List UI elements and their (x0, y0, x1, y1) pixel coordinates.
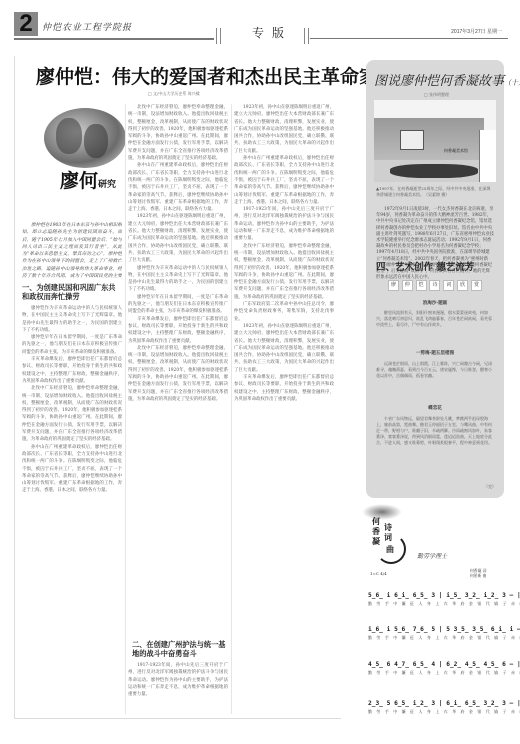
sidebar-credit: □ 张伟明整理 (424, 92, 449, 98)
photo-caption: ▲1997年，在何香凝逝世25周年之际，经中共中央批准，在深圳华侨城建立何香凝美… (376, 186, 494, 198)
article-headline: 廖仲恺：伟大的爱国者和杰出民主革命家（上） (36, 62, 402, 89)
score-notes: 4̲5̲ 6 4̲7̲ 6̲5̲ 4 | 6̲2̲ 4̲5̲ 4̲5̲ 6 – … (368, 661, 520, 668)
score-notes: 2̲3̲ 5 6̲5̲ i̲2̲ 3 | 6̲i̲ 6̲5̲ 3̲2̲ 3 – … (368, 700, 520, 707)
score-lyrics: 勤 劳 手 中 镰 征 人 身 上 衣 华 府 金 银 代 输 子 赤 纸 风 (368, 601, 520, 607)
score-lyrics: 勤 劳 手 中 镰 征 人 身 上 衣 华 府 金 银 代 输 子 赤 纸 风 (368, 709, 520, 715)
poem-body: 醉里风流别有天，斜阳什窗来漫漫，烟水蒙蒙迷故苑，何如兴，落花啼尽初思归，欲乱飞鸿… (376, 310, 494, 328)
article-column-1: 廖仲恺作为辛亥革命运动中的人与民权统领人物，在中国民主主义革命史上写下了光辉篇章… (22, 305, 122, 713)
section-label: 专版 (252, 24, 292, 41)
sidebar-title: 图说廖仲恺何香凝故事（十九） (374, 70, 520, 89)
masthead: 2 仲恺农业工程学院报 专版 2017年3月27日 星期一 (14, 10, 508, 44)
portrait-face-icon (84, 124, 108, 158)
article-column-3: 1923年初，孙中山在驱逐陈炯明后重返广州，建立大元帅府，廖仲恺出任大本营财政部… (234, 104, 334, 714)
brush-circle-icon (376, 534, 406, 564)
poem-title: 一剪梅·题五层楼图 (366, 350, 504, 356)
column-divider (231, 104, 232, 714)
issue-date: 2017年3月27日 星期一 (451, 28, 502, 35)
poem-banner: 廖 仲 恺 诗 词 欣 赏 (388, 280, 482, 291)
sidebar-story-box: 图说廖仲恺何香凝故事（十九） □ 张伟明整理 何香凝美术馆 ▲1997年，在何香… (366, 60, 504, 498)
poem-title: 蝶恋花 (366, 405, 504, 411)
article-lead: 廖仲恺在1903年在日本东京与孙中山相识相知，即立志追随孙先生为创建民国而奋斗。… (22, 222, 122, 278)
score-notes: 5̲6̲ i 6̲i̲ 6̲5̲ 3 | i̲5̲ 3̲2̲ i̲2̲ 3 – … (368, 592, 520, 599)
masthead-divider (304, 28, 309, 44)
building-image: 何香凝美术馆 (374, 118, 484, 160)
hedge-image (390, 164, 478, 178)
song-credits: 何香凝 词 何景新 曲 (470, 568, 486, 578)
byline: □ 文/中山大学历史系 周兴樑 (148, 91, 200, 97)
song-column-logo: 何 香 凝 诗 词 曲 (362, 504, 408, 562)
poem-body: 远洞苍茫烟雨，山上烟霞，江上雾阵，兴亡闲趣古今闲，兄闭难寻，魂魄萧瑟，看到古今百… (376, 361, 494, 379)
article-column-2: 北伐中广东经济窘迫，廖仲恺奉命整理金融，统一币制，设法增加财政收入。他提出收回盐… (128, 104, 228, 634)
section-heading: 二、在创建广州护法与统一基地的战斗中奋勇奋斗 (132, 640, 232, 658)
masthead-divider (216, 28, 221, 44)
score-line: i̲6̲ i 5̲6̲ 7̲6̲ 5 | 5 3̲5̲ 3̲5̲ 6̲i̲ i … (368, 626, 520, 641)
end-mark: （完） (484, 484, 496, 490)
museum-photo: 何香凝美术馆 (374, 100, 496, 182)
article-column-2-bottom: 1917-1923年间，孙中山先后三度开府于广州，进行反对北洋军阀独裁统治的护法… (128, 662, 228, 714)
score-lyrics: 勤 劳 手 中 镰 征 人 身 上 衣 华 府 金 银 代 输 子 赤 纸 风 (368, 670, 520, 676)
plum-blossom-icon (362, 504, 402, 520)
headline-text: 廖仲恺：伟大的爱国者和杰出民主革命家 (36, 66, 378, 88)
score-notes: i̲6̲ i 5̲6̲ 7̲6̲ 5 | 5 3̲5̲ 3̲5̲ 6̲i̲ i … (368, 626, 520, 633)
poem-body: 乍省广东风物远，隔望君舞茶阶处几眺，梦跳两乎祖母殷海上，廊前高第，霓曲舞。酪君玉… (376, 416, 494, 446)
poem-title: 浪淘沙·题画 (366, 300, 504, 306)
page-number: 2 (14, 12, 38, 36)
paper-name: 仲恺农业工程学院报 (42, 20, 132, 33)
song-tempo: 1=C 4/4 (370, 571, 387, 576)
score-lyrics: 勤 劳 手 中 镰 征 人 身 上 衣 华 府 金 银 代 输 子 赤 纸 风 (368, 635, 520, 641)
masthead-rule-left (14, 38, 214, 40)
score-line: 5̲6̲ i 6̲i̲ 6̲5̲ 3 | i̲5̲ 3̲2̲ i̲2̲ 3 – … (368, 592, 520, 607)
column-logo: 廖何研究 (22, 104, 142, 214)
score-line: 4̲5̲ 6 4̲7̲ 6̲5̲ 4 | 6̲2̲ 4̲5̲ 4̲5̲ 6 – … (368, 661, 520, 676)
column-logo-text: 廖何研究 (60, 166, 116, 193)
building-sign: 何香凝美术馆 (444, 148, 468, 154)
masthead-rule-right (310, 38, 508, 39)
column-divider (125, 104, 126, 714)
score-line: 2̲3̲ 5 6̲5̲ i̲2̲ 3 | 6̲i̲ 6̲5̲ 3̲2̲ 3 – … (368, 700, 520, 715)
sidebar-section-heading: 四、艺术创作 德艺流芳 (376, 259, 474, 273)
section-heading: 一、为创建民国和巩固广东共和政权而奔忙操劳 (22, 283, 122, 301)
song-title: 勤劳学理士 (417, 551, 447, 560)
portrait-face-icon (56, 118, 82, 154)
